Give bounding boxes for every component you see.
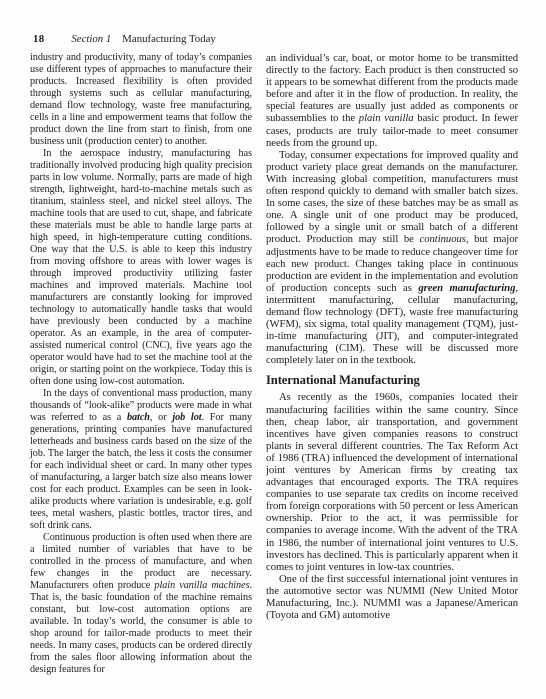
column-right: an individual’s car, boat, or motor home… [266, 52, 518, 676]
emphasized-text: plain vanilla machines [154, 580, 249, 591]
paragraph: an individual’s car, boat, or motor home… [266, 52, 518, 149]
section-label: Section 1 [71, 33, 111, 45]
body-text: As recently as the 1960s, companies loca… [266, 391, 518, 572]
body-text: , intermittent manufacturing, cellular m… [266, 282, 518, 367]
emphasized-text: batch [127, 412, 150, 423]
body-text: One of the first successful internationa… [266, 573, 518, 621]
emphasized-text: plain vanilla [359, 112, 414, 124]
text-columns: industry and productivity, many of today… [30, 52, 518, 676]
paragraph: In the days of conventional mass product… [30, 388, 252, 532]
paragraph: Today, consumer expectations for improve… [266, 149, 518, 367]
body-text: Today, consumer expectations for improve… [266, 149, 518, 246]
emphasized-text: job lot [172, 412, 201, 423]
body-text: In the aerospace industry, manufacturing… [30, 148, 252, 387]
body-text: industry and productivity, many of today… [30, 52, 252, 147]
emphasized-text: green manufacturing [418, 282, 515, 294]
paragraph: One of the first successful internationa… [266, 573, 518, 621]
body-text: . For many generations, printing compani… [30, 412, 252, 531]
section-title: Manufacturing Today [122, 33, 216, 45]
paragraph: industry and productivity, many of today… [30, 52, 252, 148]
body-text: . That is, the basic foundation of the m… [30, 580, 252, 675]
emphasized-text: continuous [420, 233, 466, 245]
paragraph: As recently as the 1960s, companies loca… [266, 391, 518, 572]
page-header: 18 Section 1 Manufacturing Today [33, 33, 516, 45]
paragraph: Continuous production is often used when… [30, 532, 252, 676]
page-number: 18 [33, 33, 44, 45]
paragraph: In the aerospace industry, manufacturing… [30, 148, 252, 388]
section-heading: International Manufacturing [266, 373, 518, 387]
body-text: , or [150, 412, 172, 423]
column-left: industry and productivity, many of today… [30, 52, 252, 676]
book-page: 18 Section 1 Manufacturing Today industr… [0, 0, 546, 699]
